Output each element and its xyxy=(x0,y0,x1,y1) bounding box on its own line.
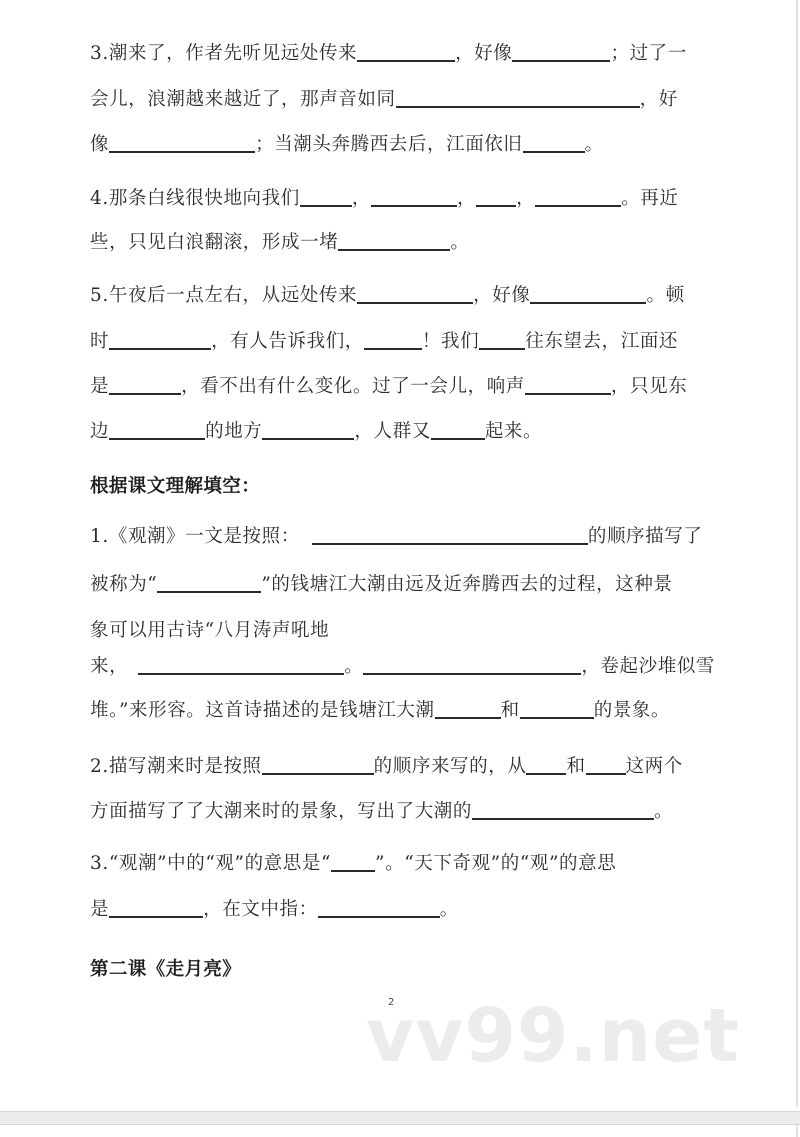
text: ”。“天下奇观”的“观”的意思 xyxy=(375,853,616,874)
s2-q1-line-1: 1.《观潮》一文是按照：的顺序描写了 xyxy=(90,525,696,549)
fill-blank[interactable] xyxy=(364,330,422,350)
fill-blank[interactable] xyxy=(526,755,566,775)
text: ，人群又 xyxy=(354,421,430,442)
q5-line-2: 时，有人告诉我们，！我们往东望去，江面还 xyxy=(90,330,696,354)
page-number: 2 xyxy=(388,997,394,1008)
fill-blank[interactable] xyxy=(109,375,181,395)
text: ！我们 xyxy=(422,331,479,352)
text: 堆。”来形容。这首诗描述的是钱塘江大潮 xyxy=(90,700,435,721)
fill-blank[interactable] xyxy=(525,375,611,395)
text: 2.描写潮来时是按照 xyxy=(90,756,262,777)
fill-blank[interactable] xyxy=(357,42,455,62)
q5-line-1: 5.午夜后一点左右，从远处传来，好像。顿 xyxy=(90,284,696,308)
text: 。 xyxy=(450,232,469,253)
fill-blank[interactable] xyxy=(520,699,594,719)
s2-q1-line-5: 堆。”来形容。这首诗描述的是钱塘江大潮和的景象。 xyxy=(90,699,696,723)
text: 会儿，浪潮越来越近了，那声音如同 xyxy=(90,89,396,110)
q3-line-3: 像；当潮头奔腾西去后，江面依旧。 xyxy=(90,133,696,157)
text: 。 xyxy=(585,134,604,155)
text: ；当潮头奔腾西去后，江面依旧 xyxy=(255,134,522,155)
text: ，好 xyxy=(640,89,678,110)
text: 像 xyxy=(90,134,109,155)
text: 是 xyxy=(90,899,109,920)
fill-blank[interactable] xyxy=(396,88,640,108)
fill-blank[interactable] xyxy=(476,187,516,207)
fill-blank[interactable] xyxy=(138,655,344,675)
s2-q2-line-2: 方面描写了了大潮来时的景象，写出了大潮的。 xyxy=(90,800,696,824)
text: ；过了一 xyxy=(610,43,686,64)
text: 方面描写了了大潮来时的景象，写出了大潮的 xyxy=(90,801,472,822)
text: 被称为“ xyxy=(90,574,157,595)
text: ，好像 xyxy=(473,285,530,306)
fill-blank[interactable] xyxy=(157,573,261,593)
next-page xyxy=(0,1125,798,1137)
text: 往东望去，江面还 xyxy=(525,331,678,352)
fill-blank[interactable] xyxy=(431,420,485,440)
text: 和 xyxy=(501,700,520,721)
text: ，看不出有什么变化。过了一会儿，响声 xyxy=(181,376,525,397)
text: ， xyxy=(352,188,371,209)
fill-blank[interactable] xyxy=(338,231,450,251)
text: 的顺序描写了 xyxy=(588,526,703,547)
page-separator xyxy=(0,1111,800,1125)
fill-blank[interactable] xyxy=(479,330,525,350)
text: 这两个 xyxy=(626,756,683,777)
text: 3.“观潮”中的“观”的意思是“ xyxy=(90,853,331,874)
watermark: vv99.net xyxy=(366,993,740,1079)
fill-blank[interactable] xyxy=(357,284,473,304)
text: 和 xyxy=(566,756,585,777)
q3-line-1: 3.潮来了，作者先听见远处传来，好像；过了一 xyxy=(90,42,696,66)
text: 。 xyxy=(440,899,459,920)
text: 边 xyxy=(90,421,109,442)
fill-blank[interactable] xyxy=(331,852,375,872)
q3-line-2: 会儿，浪潮越来越近了，那声音如同，好 xyxy=(90,88,696,112)
text: ，好像 xyxy=(455,43,512,64)
fill-blank[interactable] xyxy=(586,755,626,775)
q5-line-3: 是，看不出有什么变化。过了一会儿，响声，只见东 xyxy=(90,375,696,399)
text: ，卷起沙堆似雪 xyxy=(581,656,715,677)
text: ， xyxy=(516,188,535,209)
text: 是 xyxy=(90,376,109,397)
fill-blank[interactable] xyxy=(318,898,440,918)
document-page: 3.潮来了，作者先听见远处传来，好像；过了一 会儿，浪潮越来越近了，那声音如同，… xyxy=(0,0,798,1107)
fill-blank[interactable] xyxy=(109,898,203,918)
s2-q3-line-2: 是，在文中指：。 xyxy=(90,898,696,922)
fill-blank[interactable] xyxy=(262,420,354,440)
text: ”的钱塘江大潮由远及近奔腾西去的过程，这种景 xyxy=(261,574,672,595)
s2-q3-line-1: 3.“观潮”中的“观”的意思是“”。“天下奇观”的“观”的意思 xyxy=(90,852,696,876)
fill-blank[interactable] xyxy=(530,284,646,304)
text: 的地方 xyxy=(205,421,262,442)
fill-blank[interactable] xyxy=(523,133,585,153)
lesson-heading: 第二课《走月亮》 xyxy=(90,955,241,981)
text: 。再近 xyxy=(621,188,678,209)
s2-q1-line-3: 象可以用古诗“八月涛声吼地 xyxy=(90,619,696,643)
text: 。 xyxy=(654,801,673,822)
fill-blank[interactable] xyxy=(472,800,654,820)
fill-blank[interactable] xyxy=(109,330,211,350)
text: 起来。 xyxy=(485,421,542,442)
text: ， xyxy=(457,188,476,209)
fill-blank[interactable] xyxy=(262,755,374,775)
q4-line-2: 些，只见白浪翻滚，形成一堵。 xyxy=(90,231,696,255)
text: 。 xyxy=(344,656,363,677)
s2-q1-line-2: 被称为“”的钱塘江大潮由远及近奔腾西去的过程，这种景 xyxy=(90,573,696,597)
fill-blank[interactable] xyxy=(363,655,581,675)
fill-blank[interactable] xyxy=(535,187,621,207)
text: 的顺序来写的，从 xyxy=(374,756,527,777)
fill-blank[interactable] xyxy=(512,42,610,62)
fill-blank[interactable] xyxy=(300,187,352,207)
text: ，在文中指： xyxy=(203,899,318,920)
q5-line-4: 边的地方，人群又起来。 xyxy=(90,420,696,444)
text: ，有人告诉我们， xyxy=(211,331,364,352)
text: 的景象。 xyxy=(594,700,670,721)
text: 5.午夜后一点左右，从远处传来 xyxy=(90,285,357,306)
fill-blank[interactable] xyxy=(435,699,501,719)
text: 时 xyxy=(90,331,109,352)
text: 象可以用古诗“八月涛声吼地 xyxy=(90,620,329,641)
text: 。顿 xyxy=(646,285,684,306)
text: ，只见东 xyxy=(611,376,687,397)
fill-blank[interactable] xyxy=(371,187,457,207)
fill-blank[interactable] xyxy=(109,420,205,440)
text: 4.那条白线很快地向我们 xyxy=(90,188,300,209)
text: 1.《观潮》一文是按照： xyxy=(90,526,300,547)
s2-q2-line-1: 2.描写潮来时是按照的顺序来写的，从和这两个 xyxy=(90,755,696,779)
text: 些，只见白浪翻滚，形成一堵 xyxy=(90,232,338,253)
fill-blank[interactable] xyxy=(109,133,255,153)
q4-line-1: 4.那条白线很快地向我们，，，。再近 xyxy=(90,187,696,211)
section-heading: 根据课文理解填空： xyxy=(90,472,260,498)
fill-blank[interactable] xyxy=(312,525,588,545)
text: 3.潮来了，作者先听见远处传来 xyxy=(90,43,357,64)
text: 来， xyxy=(90,656,128,677)
s2-q1-line-4: 来，。，卷起沙堆似雪 xyxy=(90,655,696,679)
